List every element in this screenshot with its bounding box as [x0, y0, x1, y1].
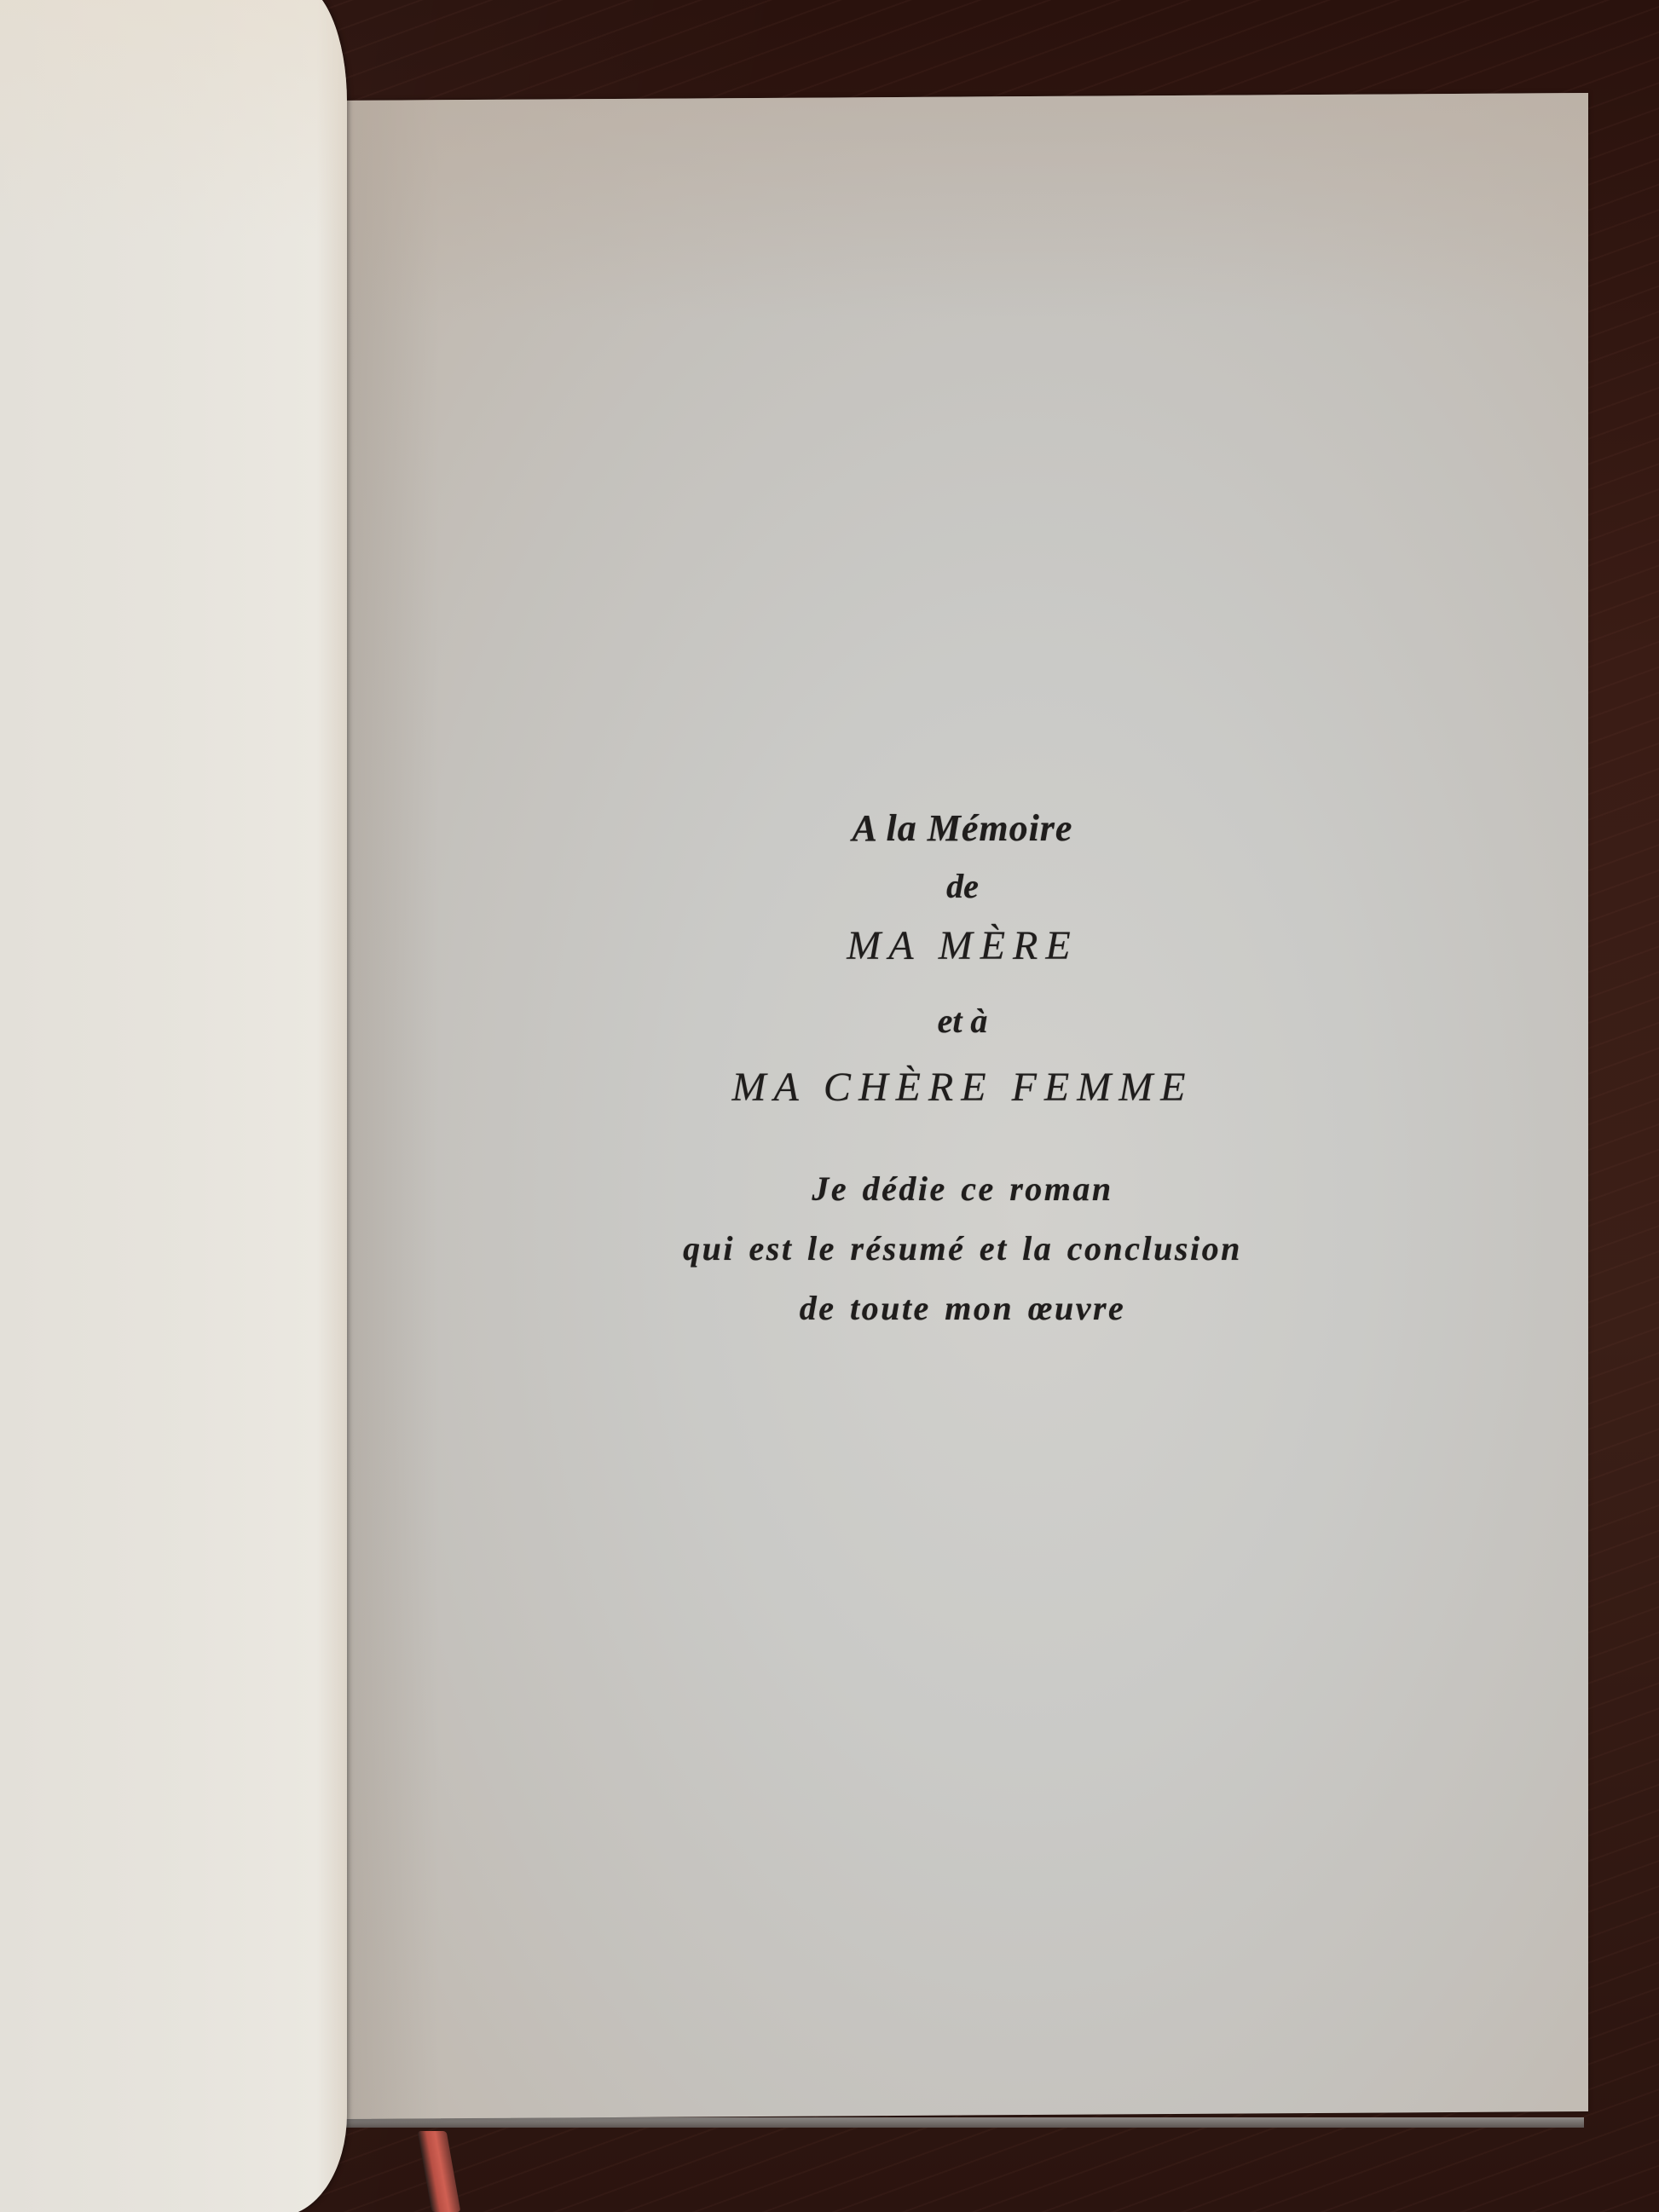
page-block-edge: [341, 2117, 1584, 2128]
left-page: [0, 0, 347, 2212]
right-page: [337, 93, 1588, 2119]
